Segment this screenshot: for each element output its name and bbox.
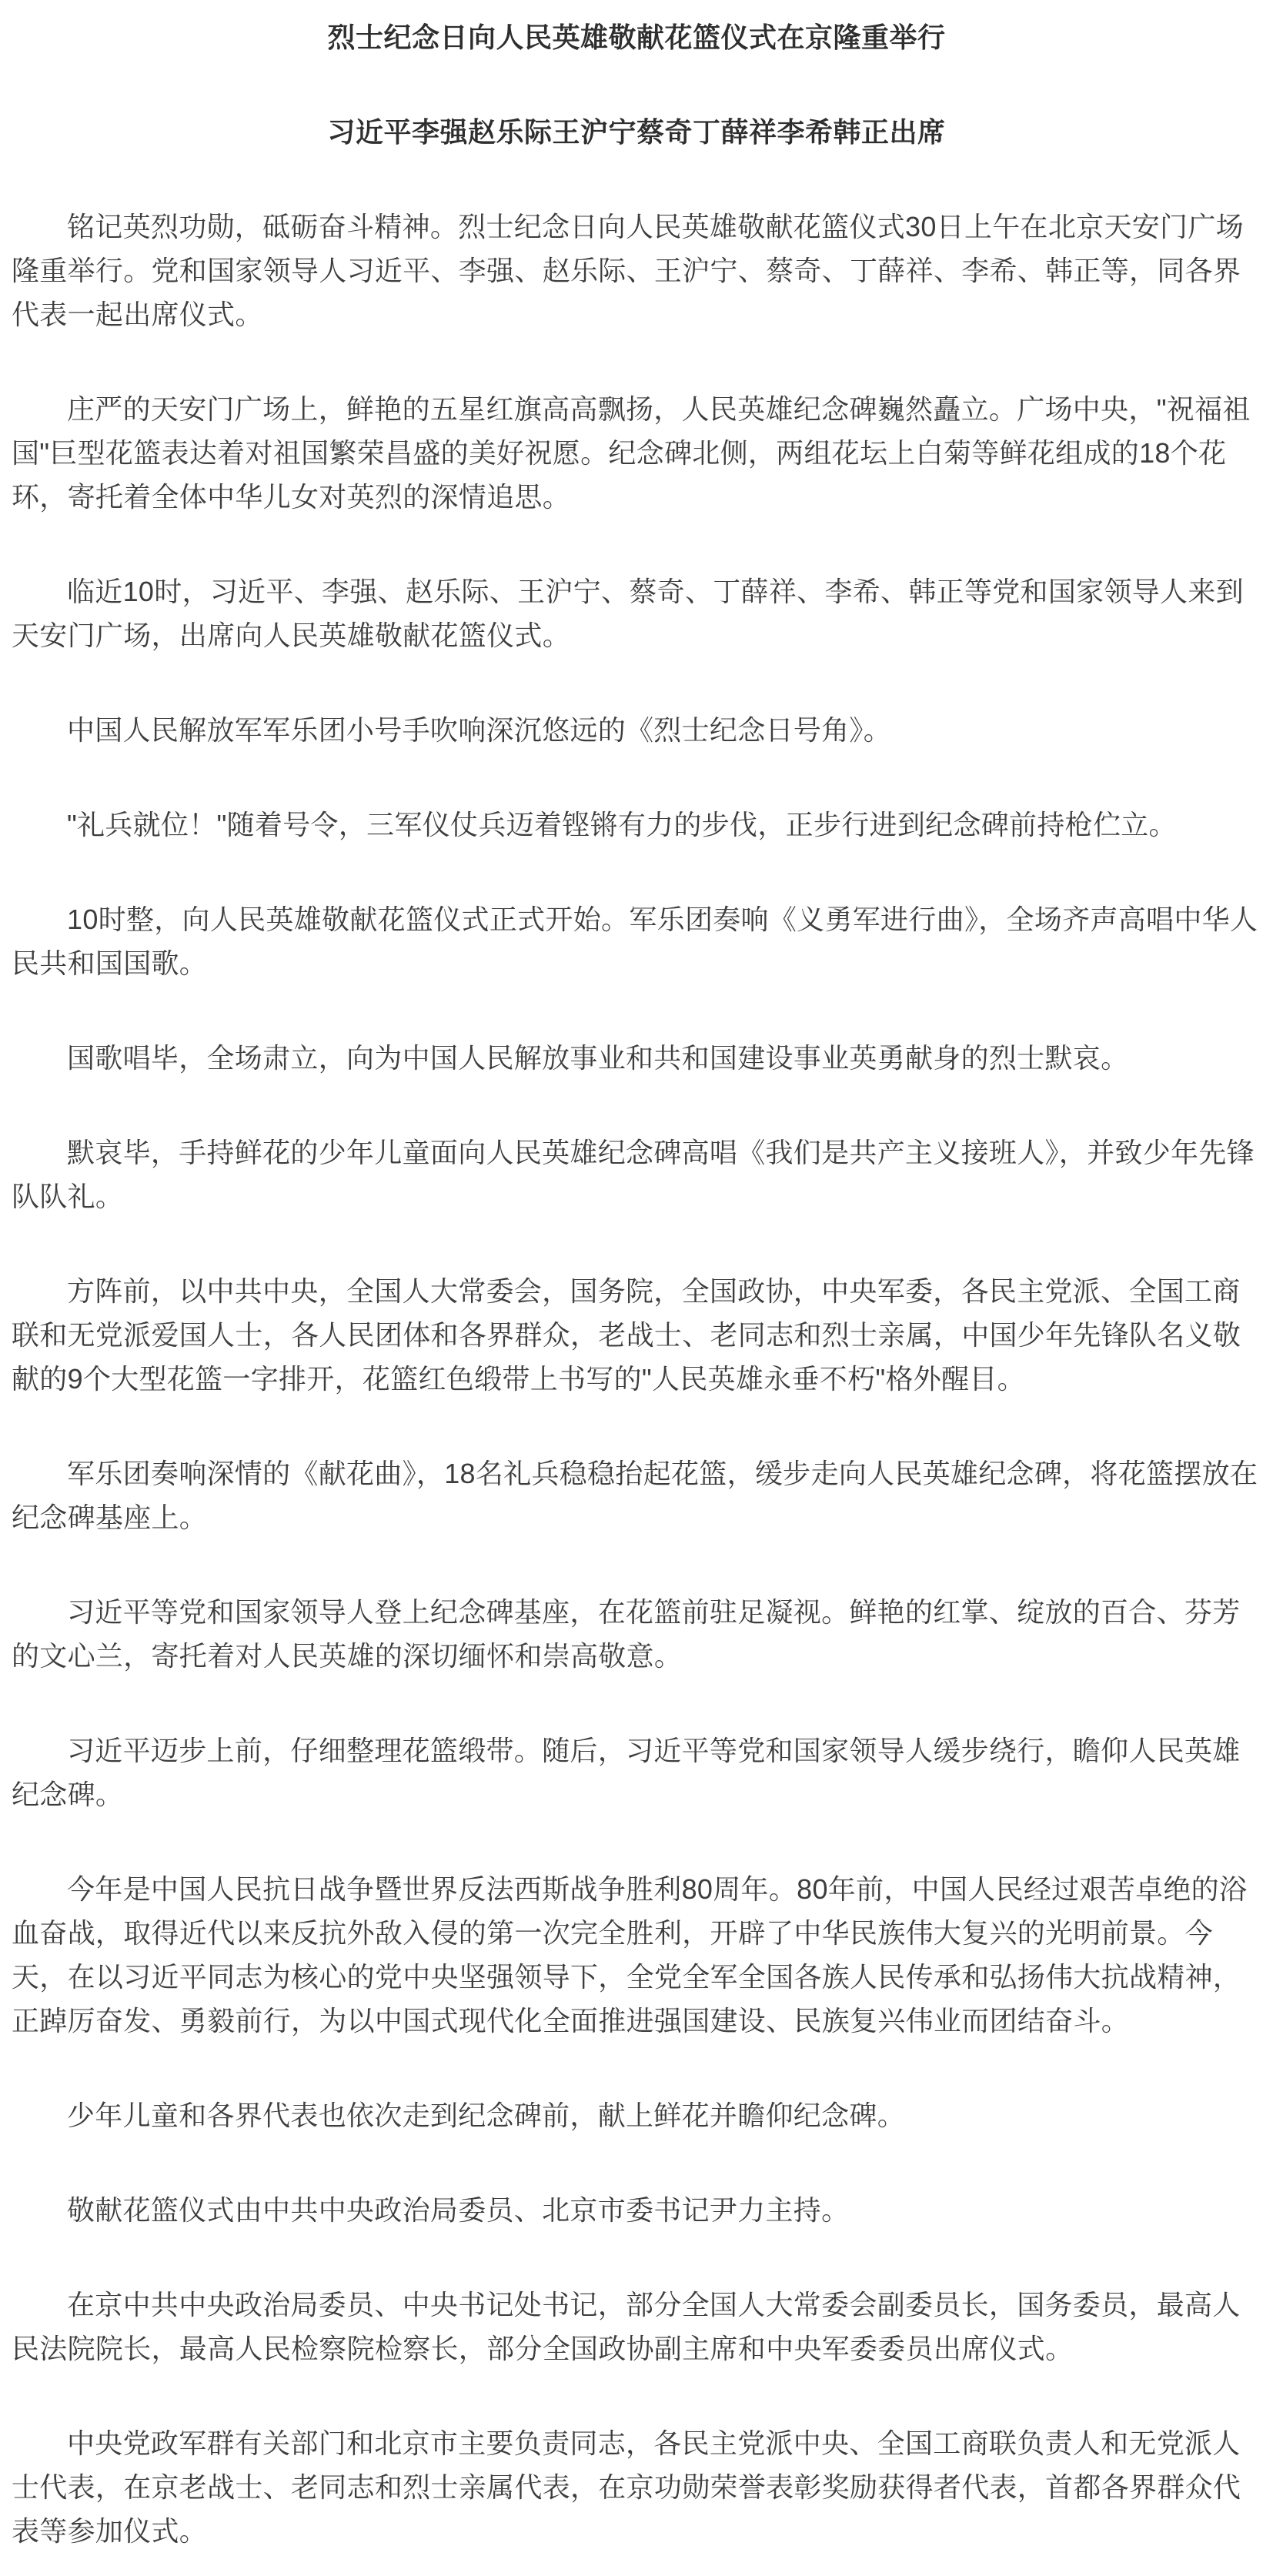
article-paragraph: 10时整，向人民英雄敬献花篮仪式正式开始。军乐团奏响《义勇军进行曲》，全场齐声高…: [12, 897, 1261, 985]
article-paragraph: 军乐团奏响深情的《献花曲》，18名礼兵稳稳抬起花篮，缓步走向人民英雄纪念碑，将花…: [12, 1452, 1261, 1539]
article-paragraph: 中央党政军群有关部门和北京市主要负责同志，各民主党派中央、全国工商联负责人和无党…: [12, 2421, 1261, 2553]
article-paragraph: 默哀毕，手持鲜花的少年儿童面向人民英雄纪念碑高唱《我们是共产主义接班人》，并致少…: [12, 1131, 1261, 1218]
article-paragraph: 中国人民解放军军乐团小号手吹响深沉悠远的《烈士纪念日号角》。: [12, 708, 1261, 752]
article-paragraph: 方阵前，以中共中央，全国人大常委会，国务院，全国政协，中央军委，各民主党派、全国…: [12, 1269, 1261, 1401]
article-paragraph: 敬献花篮仪式由中共中央政治局委员、北京市委书记尹力主持。: [12, 2188, 1261, 2232]
article-paragraph: 少年儿童和各界代表也依次走到纪念碑前，献上鲜花并瞻仰纪念碑。: [12, 2093, 1261, 2137]
article-paragraph: 临近10时，习近平、李强、赵乐际、王沪宁、蔡奇、丁薛祥、李希、韩正等党和国家领导…: [12, 570, 1261, 657]
page-subtitle: 习近平李强赵乐际王沪宁蔡奇丁薛祥李希韩正出席: [12, 110, 1261, 154]
article-paragraph: 今年是中国人民抗日战争暨世界反法西斯战争胜利80周年。80年前，中国人民经过艰苦…: [12, 1867, 1261, 2043]
article-paragraph: 习近平等党和国家领导人登上纪念碑基座，在花篮前驻足凝视。鲜艳的红掌、绽放的百合、…: [12, 1590, 1261, 1678]
article-paragraph: 在京中共中央政治局委员、中央书记处书记，部分全国人大常委会副委员长，国务委员，最…: [12, 2283, 1261, 2371]
article-paragraph: 国歌唱毕，全场肃立，向为中国人民解放事业和共和国建设事业英勇献身的烈士默哀。: [12, 1036, 1261, 1080]
article-paragraph: 铭记英烈功勋，砥砺奋斗精神。烈士纪念日向人民英雄敬献花篮仪式30日上午在北京天安…: [12, 205, 1261, 336]
article-page: 烈士纪念日向人民英雄敬献花篮仪式在京隆重举行 习近平李强赵乐际王沪宁蔡奇丁薛祥李…: [0, 0, 1273, 2576]
article-paragraph: 习近平迈步上前，仔细整理花篮缎带。随后，习近平等党和国家领导人缓步绕行，瞻仰人民…: [12, 1729, 1261, 1816]
page-title: 烈士纪念日向人民英雄敬献花篮仪式在京隆重举行: [12, 15, 1261, 59]
article-paragraph: 庄严的天安门广场上，鲜艳的五星红旗高高飘扬，人民英雄纪念碑巍然矗立。广场中央，"…: [12, 387, 1261, 519]
article-paragraph: "礼兵就位！"随着号令，三军仪仗兵迈着铿锵有力的步伐，正步行进到纪念碑前持枪伫立…: [12, 803, 1261, 847]
